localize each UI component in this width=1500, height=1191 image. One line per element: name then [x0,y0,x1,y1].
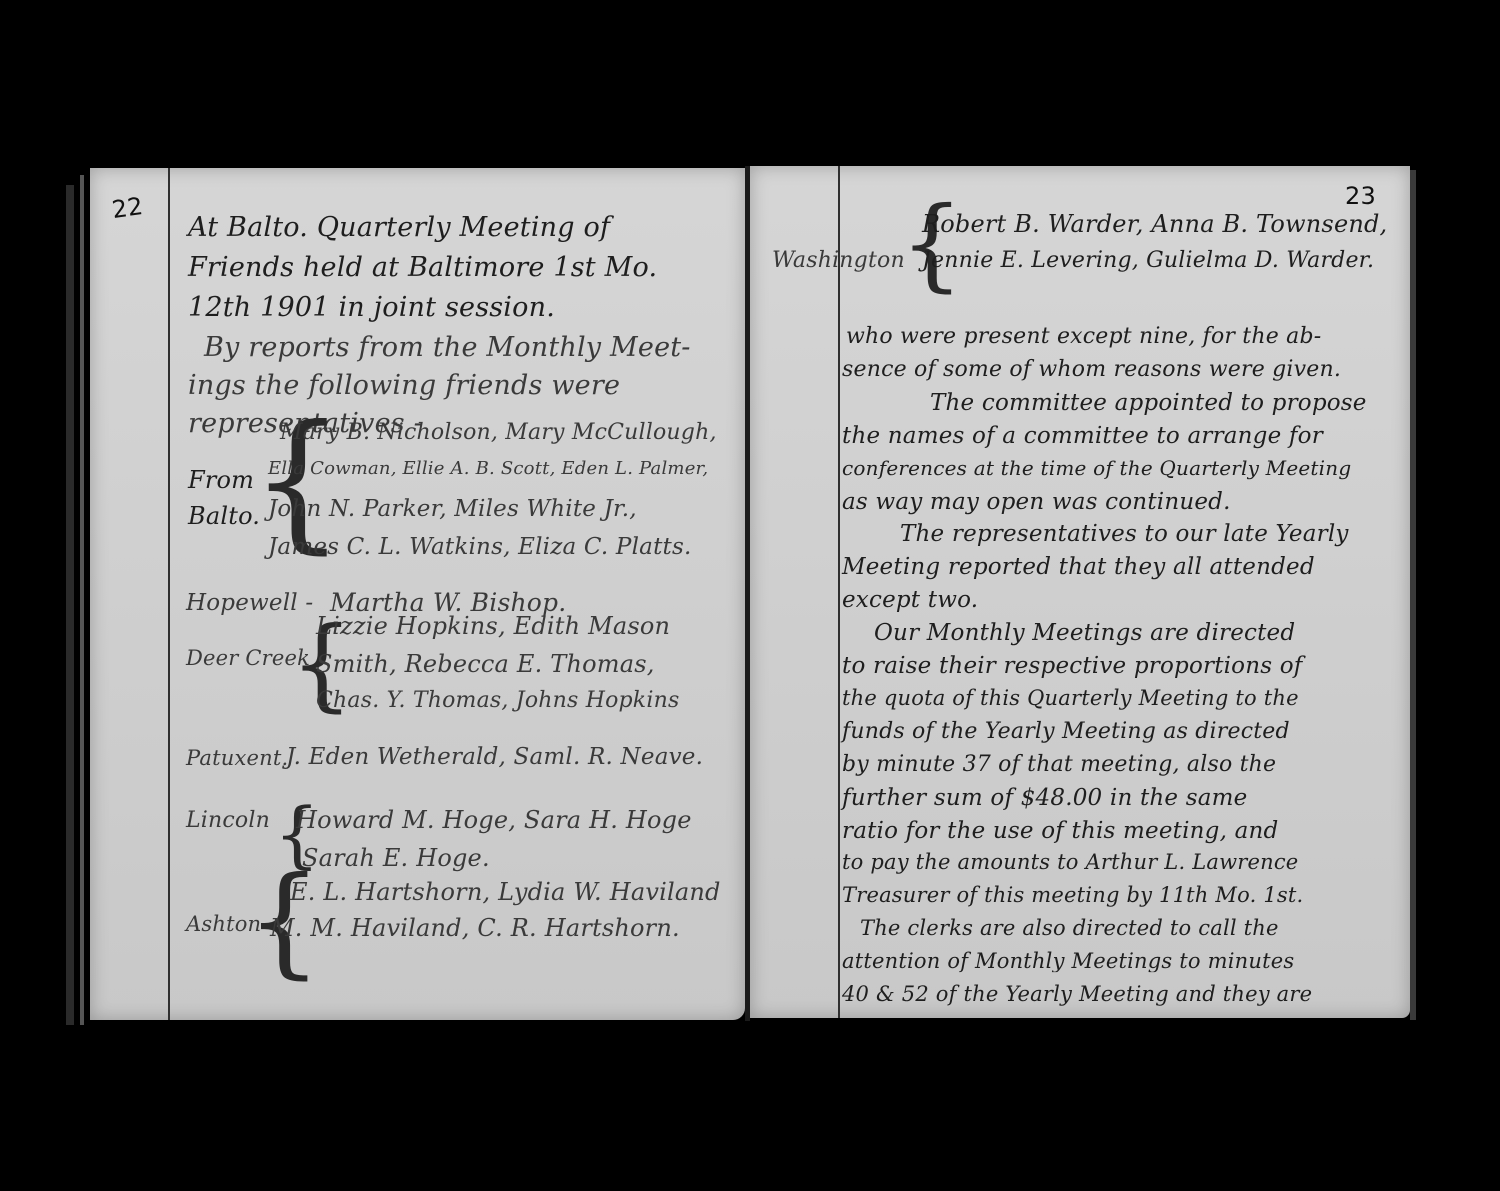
body-line: to pay the amounts to Arthur L. Lawrence [842,852,1298,873]
body-line: The clerks are also directed to call the [860,918,1279,939]
intro-line: By reports from the Monthly Meet- [204,334,691,361]
representative-names: Sarah E. Hoge. [302,846,490,870]
book-edge-right [1410,170,1416,1020]
margin-rule [168,168,170,1020]
meeting-name: From [188,468,254,492]
body-line: The committee appointed to propose [930,392,1367,415]
body-line: further sum of $48.00 in the same [842,787,1247,810]
right-page: 23 Washington { Robert B. Warder, Anna B… [750,166,1410,1018]
representative-names: Robert B. Warder, Anna B. Townsend, [922,212,1387,236]
page-number: 23 [1345,184,1376,208]
body-line: the quota of this Quarterly Meeting to t… [842,688,1299,709]
body-line: funds of the Yearly Meeting as directed [842,721,1290,743]
body-line: 40 & 52 of the Yearly Meeting and they a… [842,984,1312,1005]
body-line: the names of a committee to arrange for [842,425,1323,448]
brace-icon: { [900,194,964,294]
body-line: The representatives to our late Yearly [900,523,1349,546]
representative-names: James C. L. Watkins, Eliza C. Platts. [268,536,691,559]
body-line: attention of Monthly Meetings to minutes [842,951,1294,972]
body-line: Our Monthly Meetings are directed [874,622,1295,645]
body-line: Treasurer of this meeting by 11th Mo. 1s… [842,885,1303,906]
body-line: as way may open was continued. [842,491,1231,514]
margin-rule [838,166,840,1018]
representative-names: Smith, Rebecca E. Thomas, [316,652,655,676]
representative-names: J. Eden Wetherald, Saml. R. Neave. [286,746,703,769]
representative-names: Ella Cowman, Ellie A. B. Scott, Eden L. … [268,460,708,478]
body-line: conferences at the time of the Quarterly… [842,458,1351,478]
representative-names: John N. Parker, Miles White Jr., [268,498,637,521]
body-line: sence of some of whom reasons were given… [842,359,1341,381]
representative-names: E. L. Hartshorn, Lydia W. Haviland [290,880,721,904]
representative-names: Howard M. Hoge, Sara H. Hoge [296,808,692,832]
representative-names: Lizzie Hopkins, Edith Mason [316,614,670,638]
body-line: except two. [842,589,978,612]
book-edge-left-inner [80,175,84,1025]
heading-line: 12th 1901 in joint session. [188,294,555,321]
body-line: who were present except nine, for the ab… [846,326,1321,348]
body-line: to raise their respective proportions of [842,655,1303,678]
left-page: 22 At Balto. Quarterly Meeting of Friend… [90,168,745,1020]
body-line: by minute 37 of that meeting, also the [842,754,1276,776]
representative-names: M. M. Haviland, C. R. Hartshorn. [270,916,680,940]
representative-names: Chas. Y. Thomas, Johns Hopkins [316,690,679,712]
heading-line: At Balto. Quarterly Meeting of [188,214,610,241]
representative-names: Jennie E. Levering, Gulielma D. Warder. [922,250,1374,272]
representative-names: Mary B. Nicholson, Mary McCullough, [280,422,717,444]
body-line: Meeting reported that they all attended [842,556,1315,579]
book-edge-left [66,185,74,1025]
heading-line: Friends held at Baltimore 1st Mo. [188,254,657,281]
meeting-name: Patuxent. [186,748,288,769]
body-line: ratio for the use of this meeting, and [842,820,1278,843]
meeting-name: Washington [772,250,905,272]
meeting-name: Lincoln [186,810,270,832]
page-number: 22 [110,194,144,222]
